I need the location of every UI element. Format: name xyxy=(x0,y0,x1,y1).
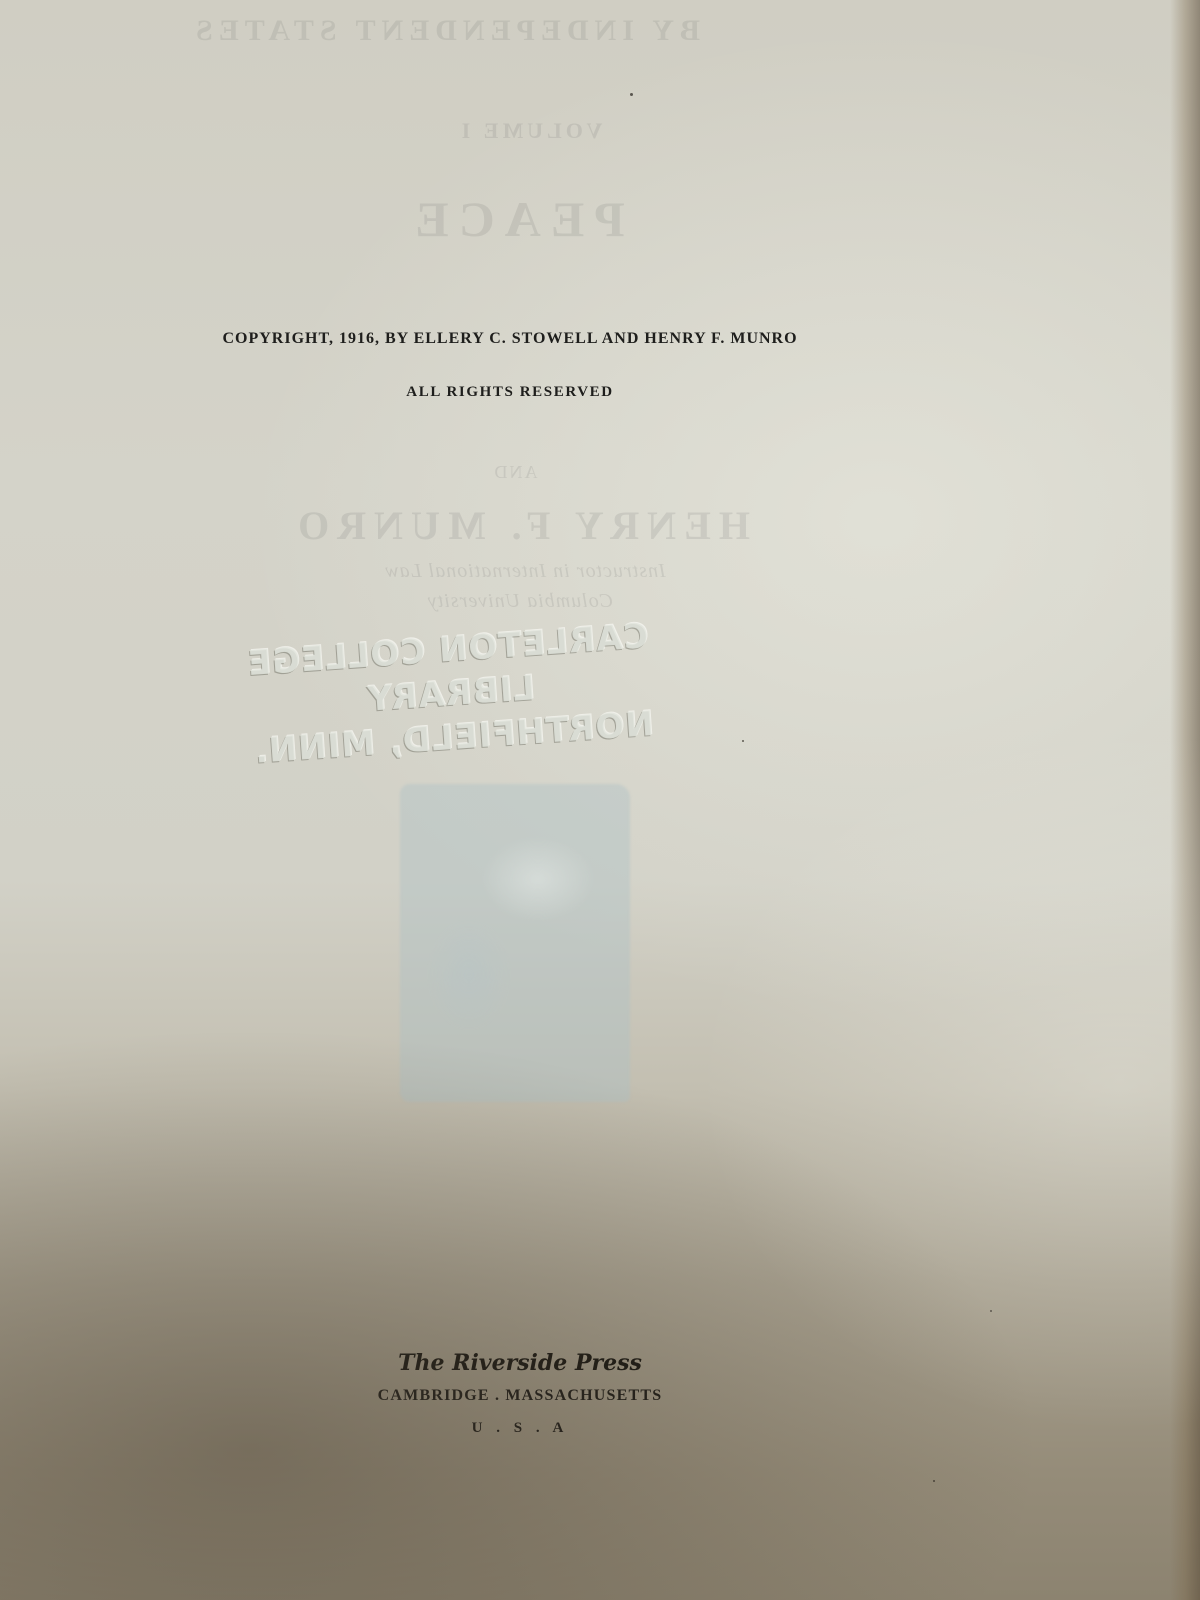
press-imprint: The Riverside Press xyxy=(320,1350,720,1376)
bleed-through-volume: VOLUME I xyxy=(440,118,620,144)
bleed-through-title: PEACE xyxy=(400,190,630,248)
paper-speck xyxy=(630,93,633,96)
bleed-through-series: BY INDEPENDENT STATES xyxy=(260,14,700,48)
publisher-vignette-image xyxy=(400,784,630,1102)
paper-speck xyxy=(742,740,744,742)
copyright-notice: COPYRIGHT, 1916, BY ELLERY C. STOWELL AN… xyxy=(140,330,880,348)
press-country: U . S . A xyxy=(320,1420,720,1437)
bleed-through-and: AND xyxy=(470,462,560,483)
bleed-through-author: HENRY F. MUNRO xyxy=(290,502,750,549)
paper-speck xyxy=(990,1310,992,1312)
rights-reserved: ALL RIGHTS RESERVED xyxy=(140,384,880,401)
paper-speck xyxy=(933,1480,935,1482)
press-city: CAMBRIDGE . MASSACHUSETTS xyxy=(320,1387,720,1405)
bleed-through-affiliation-2: Columbia University xyxy=(370,590,670,613)
bleed-through-affiliation-1: Instructor in International Law xyxy=(300,560,750,583)
